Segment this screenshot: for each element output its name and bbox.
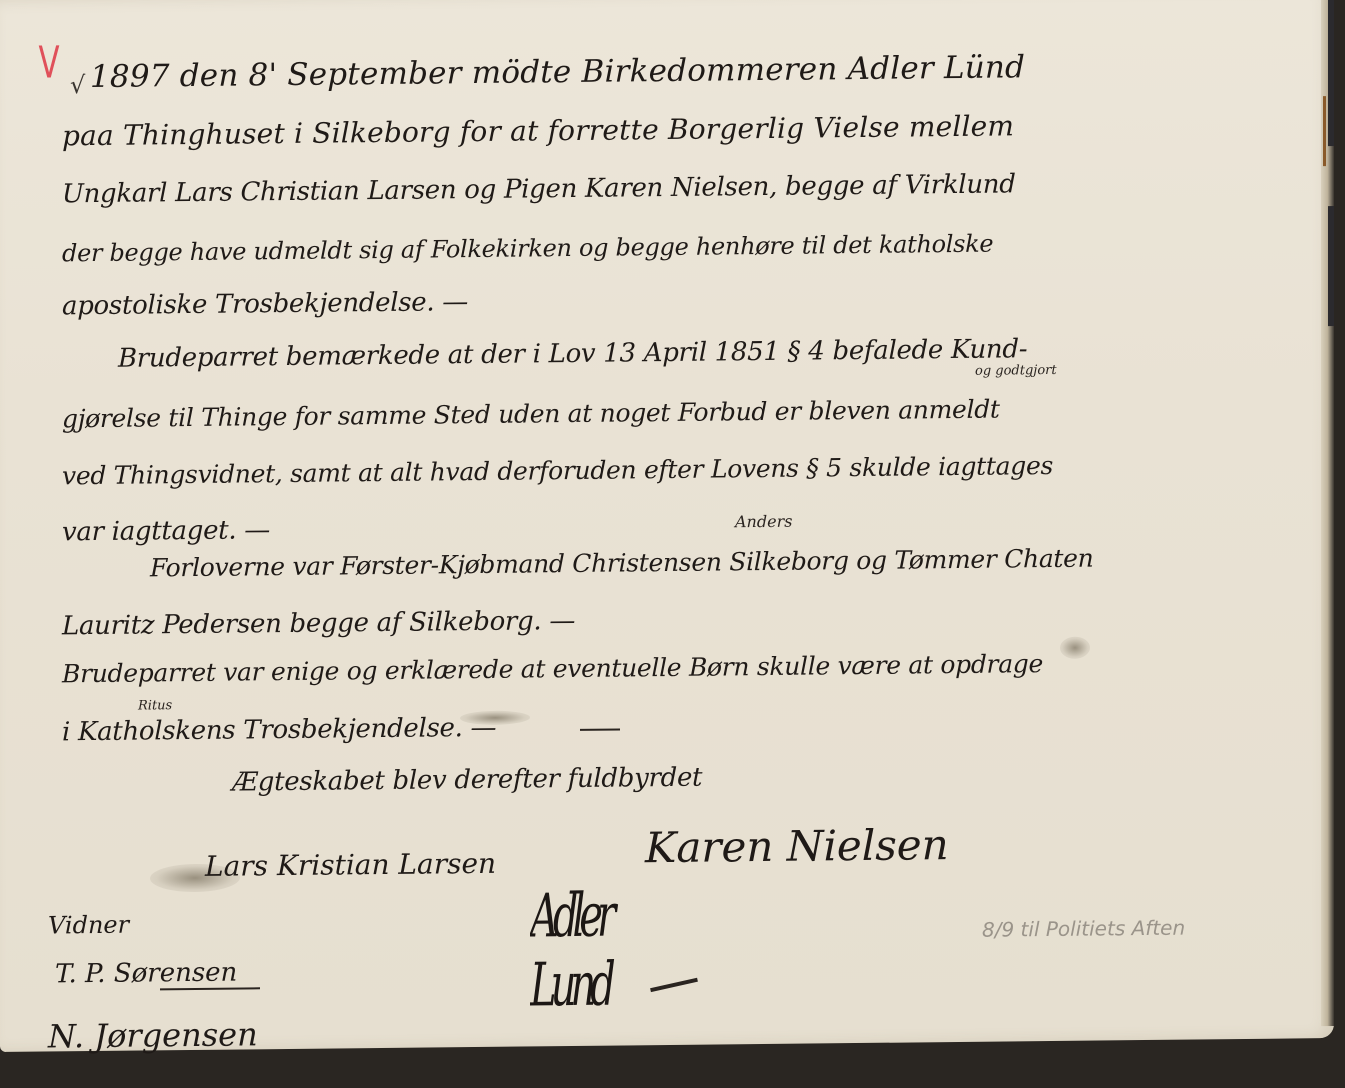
witness-1-signature: T. P. Sørensen	[55, 958, 237, 990]
record-line: ved Thingsvidnet, samt at alt hvad derfo…	[62, 451, 1053, 490]
ink-blot	[1060, 637, 1090, 659]
record-line: Brudeparret bemærkede at der i Lov 13 Ap…	[118, 334, 1027, 374]
insertion-text: Anders	[735, 512, 792, 532]
record-line: i Katholskens Trosbekjendelse. —	[62, 713, 496, 748]
red-check-mark-icon: V	[39, 41, 60, 85]
page-edge-tab	[1328, 206, 1334, 326]
record-line: apostoliske Trosbekjendelse. —	[62, 287, 468, 321]
groom-signature: Lars Kristian Larsen	[205, 847, 496, 883]
margin-tick-icon: √	[70, 71, 85, 99]
insertion-text: og godtgjort	[975, 363, 1057, 379]
record-line: Forloverne var Førster-Kjøbmand Christen…	[150, 544, 1093, 583]
ink-blot	[460, 710, 530, 725]
insertion-text: Ritus	[138, 698, 172, 713]
witness-2-signature: N. Jørgensen	[48, 1015, 258, 1055]
record-line: 1897 den 8' September mödte Birkedommere…	[90, 49, 1025, 95]
record-line: paa Thinghuset i Silkeborg for at forret…	[62, 109, 1014, 152]
document-page: V √ 1897 den 8' September mödte Birkedom…	[0, 0, 1334, 1052]
line-dash	[580, 729, 620, 731]
pencil-note: 8/9 til Politiets Aften	[982, 916, 1185, 942]
record-line: var iagttaget. —	[62, 515, 270, 547]
record-line: gjørelse til Thinge for samme Sted uden …	[62, 395, 1000, 434]
record-line: Ungkarl Lars Christian Larsen og Pigen K…	[62, 169, 1016, 209]
record-line: Lauritz Pedersen begge af Silkeborg. —	[62, 606, 575, 641]
signature-underline	[160, 987, 260, 990]
record-line: Brudeparret var enige og erklærede at ev…	[62, 649, 1043, 688]
record-line: Ægteskabet blev derefter fuldbyrdet	[232, 763, 702, 798]
official-signature: Adler Lund	[530, 881, 690, 1021]
bride-signature: Karen Nielsen	[645, 820, 949, 872]
record-line: der begge have udmeldt sig af Folkekirke…	[62, 230, 993, 268]
page-edge-tab	[1328, 0, 1334, 146]
witnesses-label: Vidner	[48, 911, 129, 940]
spine-mark	[1323, 96, 1326, 166]
